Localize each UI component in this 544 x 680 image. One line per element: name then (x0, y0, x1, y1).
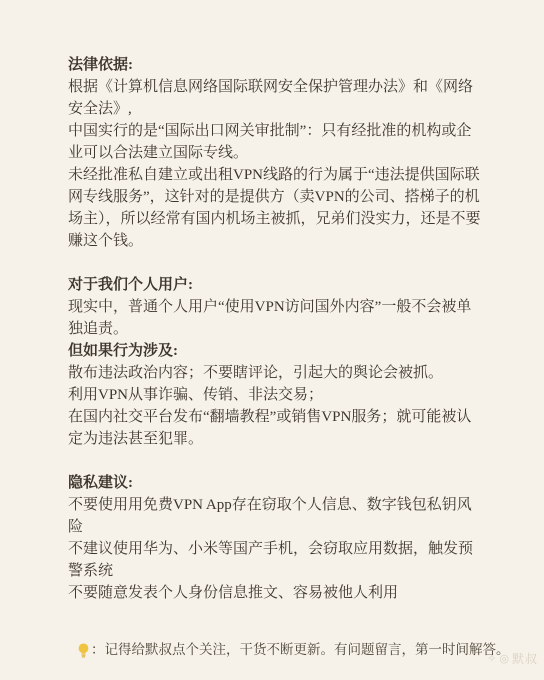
paragraph: 现实中，普通个人用户“使用VPN访问国外内容”一般不会被单独追责。 (68, 296, 484, 340)
watermark: ✧ ◎ 默叔 (487, 650, 538, 667)
paragraph: 不建议使用华为、小米等国产手机，会窃取应用数据，触发预警系统 (68, 538, 484, 582)
paragraph: 利用VPN从事诈骗、传销、非法交易； (68, 384, 484, 406)
watermark-text: 默叔 (512, 650, 538, 667)
lightbulb-icon (77, 643, 90, 659)
section-heading: 隐私建议: (68, 472, 484, 494)
paragraph: 未经批准私自建立或出租VPN线路的行为属于“违法提供国际联网专线服务”，这针对的… (68, 164, 484, 252)
sparkle-icon: ✧ (487, 652, 496, 665)
paragraph: 中国实行的是“国际出口网关审批制”：只有经批准的机构或企业可以合法建立国际专线。 (68, 120, 484, 164)
section-personal-users: 对于我们个人用户: 现实中，普通个人用户“使用VPN访问国外内容”一般不会被单独… (68, 274, 484, 450)
footer-tip: ：记得给默叔点个关注，干货不断更新。有问题留言，第一时间解答。 (77, 640, 510, 660)
post-canvas: 法律依据: 根据《计算机信息网络国际联网安全保护管理办法》和《网络安全法》, 中… (0, 0, 544, 680)
section-privacy-advice: 隐私建议: 不要使用用免费VPN App存在窃取个人信息、数字钱包私钥风险 不建… (68, 472, 484, 604)
section-legal-basis: 法律依据: 根据《计算机信息网络国际联网安全保护管理办法》和《网络安全法》, 中… (68, 54, 484, 252)
paragraph: 不要随意发表个人身份信息推文、容易被他人利用 (68, 582, 484, 604)
post-body: 法律依据: 根据《计算机信息网络国际联网安全保护管理办法》和《网络安全法》, 中… (68, 54, 484, 604)
paragraph: 根据《计算机信息网络国际联网安全保护管理办法》和《网络安全法》, (68, 76, 484, 120)
section-heading: 对于我们个人用户: (68, 274, 484, 296)
paragraph: 散布违法政治内容；不要瞎评论，引起大的舆论会被抓。 (68, 362, 484, 384)
circle-icon: ◎ (499, 652, 509, 665)
sub-heading: 但如果行为涉及: (68, 340, 484, 362)
section-heading: 法律依据: (68, 54, 484, 76)
footer-tip-text: ：记得给默叔点个关注，干货不断更新。有问题留言，第一时间解答。 (91, 640, 510, 660)
paragraph: 不要使用用免费VPN App存在窃取个人信息、数字钱包私钥风险 (68, 494, 484, 538)
paragraph: 在国内社交平台发布“翻墙教程”或销售VPN服务；就可能被认定为违法甚至犯罪。 (68, 406, 484, 450)
